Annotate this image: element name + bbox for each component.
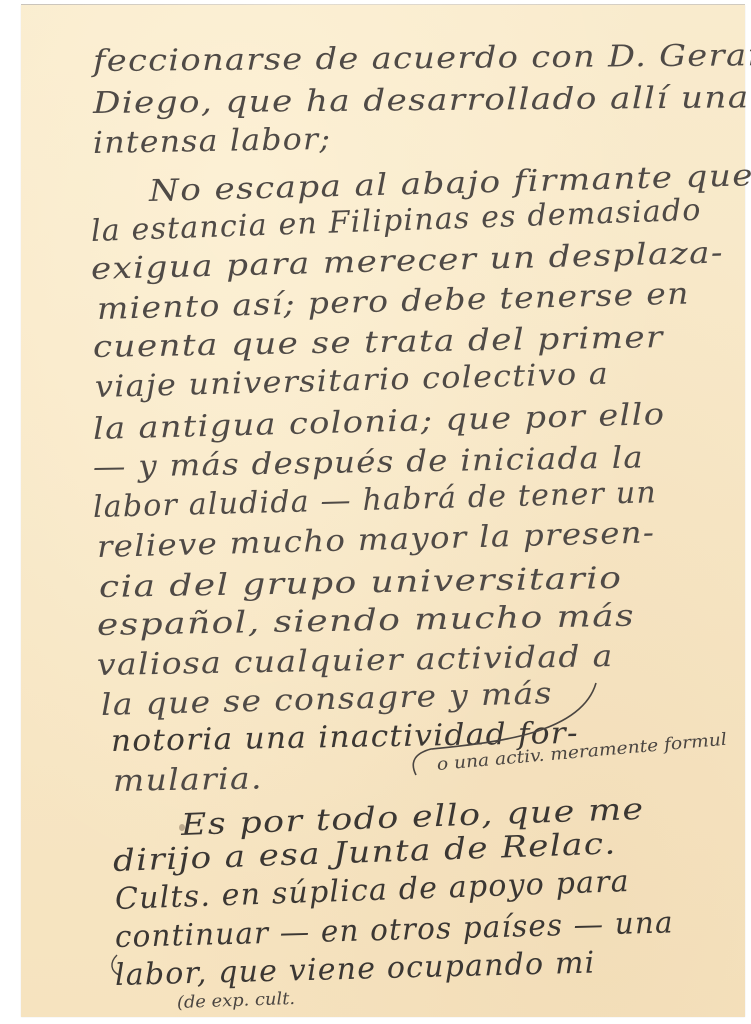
ink-spot bbox=[179, 824, 185, 831]
handwritten-line-19: mularia. bbox=[113, 764, 263, 797]
handwritten-line-16: valiosa cualquier actividad a bbox=[97, 642, 614, 681]
handwritten-line-7: miento así; pero debe tenerse en bbox=[97, 279, 691, 325]
marginal-insertion-exp-cult: (de exp. cult. bbox=[177, 991, 296, 1012]
handwritten-line-13: relieve mucho mayor la presen- bbox=[97, 518, 656, 563]
handwritten-line-2: Diego, que ha desarrollado allí una bbox=[93, 83, 750, 119]
handwritten-line-14: cia del grupo universitario bbox=[99, 564, 623, 603]
handwritten-line-9: viaje universitario colectivo a bbox=[95, 360, 610, 403]
handwritten-line-12: labor aludida — habrá de tener un bbox=[93, 478, 658, 523]
handwritten-line-15: español, siendo mucho más bbox=[97, 602, 635, 641]
handwritten-line-17: la que se consagre y más bbox=[101, 679, 554, 721]
handwritten-line-10: la antigua colonia; que por ello bbox=[93, 400, 666, 445]
handwritten-line-24: labor, que viene ocupando mi bbox=[115, 948, 596, 991]
letter-page: feccionarse de acuerdo con D. Gerardo Di… bbox=[21, 5, 745, 1017]
handwritten-line-1: feccionarse de acuerdo con D. Gerardo bbox=[93, 41, 751, 77]
handwritten-line-3: intensa labor; bbox=[93, 125, 332, 159]
